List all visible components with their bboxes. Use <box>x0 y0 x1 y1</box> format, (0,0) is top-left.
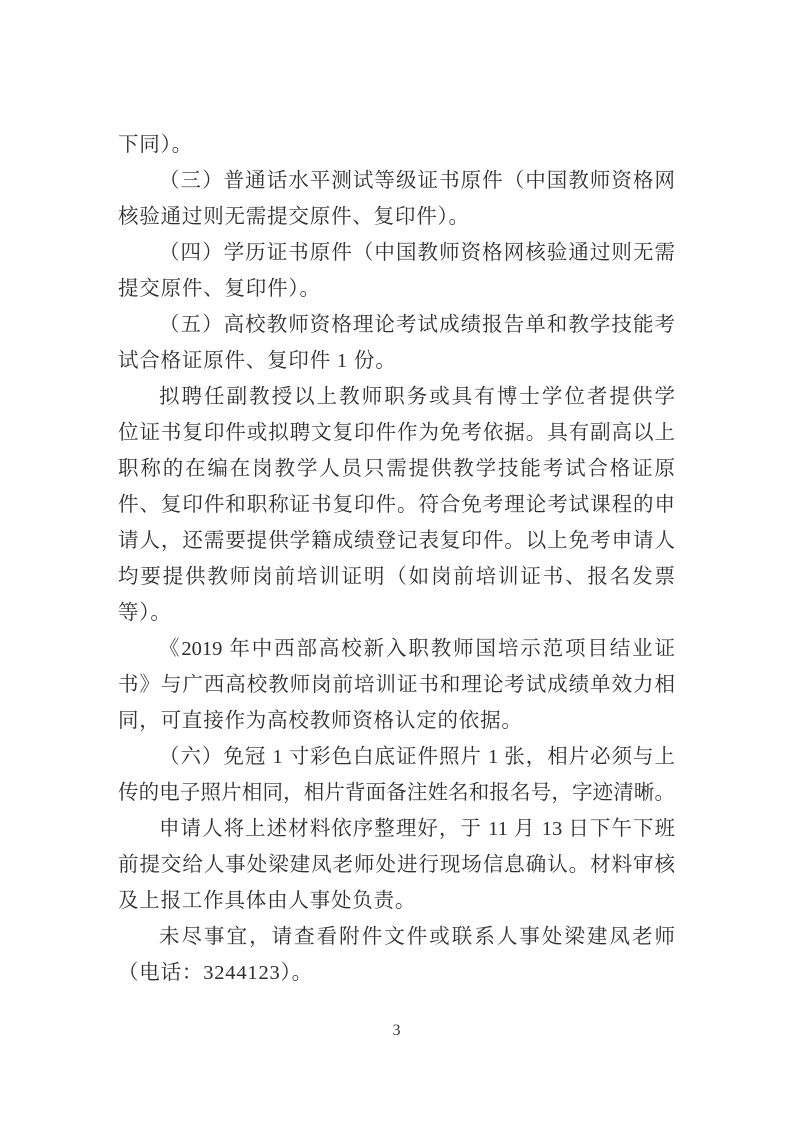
text-line: （三）普通话水平测试等级证书原件（中国教师资格网 <box>118 163 675 199</box>
text-line: 下同）。 <box>118 127 675 163</box>
text-line: 未尽事宜，请查看附件文件或联系人事处梁建凤老师 <box>118 919 675 955</box>
text-line: （六）免冠 1 寸彩色白底证件照片 1 张，相片必须与上 <box>118 739 675 775</box>
text-line: 职称的在编在岗教学人员只需提供教学技能考试合格证原 <box>118 451 675 487</box>
text-line: 传的电子照片相同，相片背面备注姓名和报名号，字迹清晰。 <box>118 775 675 811</box>
document-body: 下同）。（三）普通话水平测试等级证书原件（中国教师资格网核验通过则无需提交原件、… <box>118 127 675 991</box>
text-line: 请人，还需要提供学籍成绩登记表复印件。以上免考申请人 <box>118 523 675 559</box>
text-line: 核验通过则无需提交原件、复印件）。 <box>118 199 675 235</box>
text-line: 件、复印件和职称证书复印件。符合免考理论考试课程的申 <box>118 487 675 523</box>
text-line: （电话：3244123）。 <box>118 955 675 991</box>
text-line: 前提交给人事处梁建凤老师处进行现场信息确认。材料审核 <box>118 847 675 883</box>
page-number: 3 <box>0 1020 793 1042</box>
text-line: 等）。 <box>118 595 675 631</box>
text-line: 《2019 年中西部高校新入职教师国培示范项目结业证 <box>118 631 675 667</box>
text-line: 申请人将上述材料依序整理好，于 11 月 13 日下午下班 <box>118 811 675 847</box>
text-line: 同，可直接作为高校教师资格认定的依据。 <box>118 703 675 739</box>
text-line: 书》与广西高校教师岗前培训证书和理论考试成绩单效力相 <box>118 667 675 703</box>
text-line: 及上报工作具体由人事处负责。 <box>118 883 675 919</box>
text-line: （四）学历证书原件（中国教师资格网核验通过则无需 <box>118 235 675 271</box>
text-line: 位证书复印件或拟聘文复印件作为免考依据。具有副高以上 <box>118 415 675 451</box>
text-line: 试合格证原件、复印件 1 份。 <box>118 343 675 379</box>
document-page: 下同）。（三）普通话水平测试等级证书原件（中国教师资格网核验通过则无需提交原件、… <box>0 0 793 1122</box>
text-line: （五）高校教师资格理论考试成绩报告单和教学技能考 <box>118 307 675 343</box>
text-line: 提交原件、复印件）。 <box>118 271 675 307</box>
text-line: 拟聘任副教授以上教师职务或具有博士学位者提供学 <box>118 379 675 415</box>
text-line: 均要提供教师岗前培训证明（如岗前培训证书、报名发票 <box>118 559 675 595</box>
